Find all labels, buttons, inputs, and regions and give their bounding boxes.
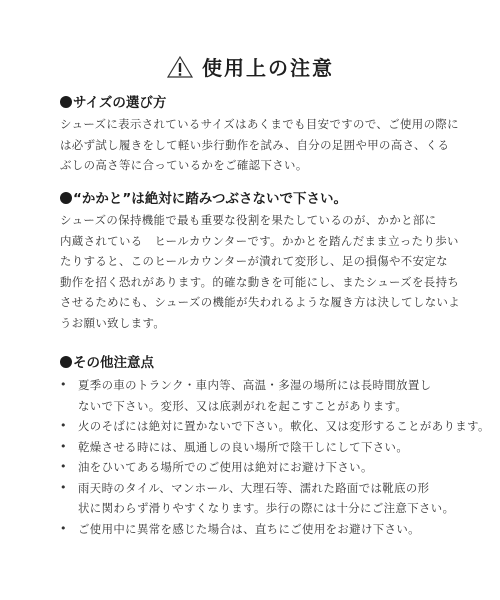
section-other-notes: その他注意点 • 夏季の車のトランク・車内等、高温・多湿の場所には長時間放置し … bbox=[60, 353, 480, 539]
section-heading: サイズの選び方 bbox=[60, 93, 480, 113]
list-item: • ご使用中に異常を感じた場合は、直ちにご使用をお避け下さい。 bbox=[60, 519, 480, 540]
list-item-line: 状に関わらず滑りやすくなります。歩行の際には十分にご注意下さい。 bbox=[78, 498, 480, 519]
paragraph-line: 内蔵されている ヒールカウンターです。かかとを踏んだまま立ったり歩い bbox=[60, 231, 480, 252]
paragraph-line: たりすると、このヒールカウンターが潰れて変形し、足の損傷や不安定な bbox=[60, 251, 480, 272]
section-size-selection: サイズの選び方 シューズに表示されているサイズはあくまでも目安ですので、ご使用の… bbox=[60, 93, 480, 176]
bullet-icon: • bbox=[60, 437, 78, 458]
paragraph-line: は必ず試し履きをして軽い歩行動作を試み、自分の足囲や甲の高さ、くる bbox=[60, 135, 480, 156]
bullet-icon: • bbox=[60, 519, 78, 540]
list-item-line: 火のそばには絶対に置かないで下さい。軟化、又は変形することがあります。 bbox=[78, 416, 490, 437]
bullet-icon: • bbox=[60, 375, 78, 416]
list-item: • 乾燥させる時には、風通しの良い場所で陰干しにして下さい。 bbox=[60, 437, 480, 458]
list-item: • 油をひいてある場所でのご使用は絶対にお避け下さい。 bbox=[60, 457, 480, 478]
bullet-dot-icon bbox=[60, 96, 72, 108]
paragraph-line: シューズの保持機能で最も重要な役割を果たしているのが、かかと部に bbox=[60, 210, 480, 231]
list-item-line: 油をひいてある場所でのご使用は絶対にお避け下さい。 bbox=[78, 457, 480, 478]
list-item-line: 夏季の車のトランク・車内等、高温・多湿の場所には長時間放置し bbox=[78, 375, 480, 396]
page-title: 使用上の注意 bbox=[0, 52, 500, 81]
section-heading: その他注意点 bbox=[60, 353, 480, 373]
list-item-line: 乾燥させる時には、風通しの良い場所で陰干しにして下さい。 bbox=[78, 437, 480, 458]
list-item: • 火のそばには絶対に置かないで下さい。軟化、又は変形することがあります。 bbox=[60, 416, 480, 437]
bullet-icon: • bbox=[60, 416, 78, 437]
paragraph-line: うお願い致します。 bbox=[60, 313, 480, 334]
list-item: • 雨天時のタイル、マンホール、大理石等、濡れた路面では靴底の形 状に関わらず滑… bbox=[60, 478, 480, 519]
section-heading-text: “かかと”は絶対に踏みつぶさないで下さい。 bbox=[73, 191, 347, 207]
section-heading-text: その他注意点 bbox=[73, 355, 154, 371]
section-heading: “かかと”は絶対に踏みつぶさないで下さい。 bbox=[60, 189, 480, 209]
list-item-line: 雨天時のタイル、マンホール、大理石等、濡れた路面では靴底の形 bbox=[78, 478, 480, 499]
bullet-dot-icon bbox=[60, 192, 72, 204]
paragraph-line: 動作を招く恐れがあります。的確な動きを可能にし、またシューズを長持ち bbox=[60, 272, 480, 293]
paragraph-line: シューズに表示されているサイズはあくまでも目安ですので、ご使用の際に bbox=[60, 114, 480, 135]
bullet-icon: • bbox=[60, 457, 78, 478]
paragraph-line: させるためにも、シューズの機能が失われるような履き方は決してしないよ bbox=[60, 292, 480, 313]
list-item-line: ないで下さい。変形、又は底剥がれを起こすことがあります。 bbox=[78, 396, 480, 417]
list-item: • 夏季の車のトランク・車内等、高温・多湿の場所には長時間放置し ないで下さい。… bbox=[60, 375, 480, 416]
title-text: 使用上の注意 bbox=[202, 52, 334, 81]
bullet-dot-icon bbox=[60, 356, 72, 368]
paragraph-line: ぶしの高さ等に合っているかをご確認下さい。 bbox=[60, 155, 480, 176]
section-heading-text: サイズの選び方 bbox=[73, 95, 166, 111]
bullet-icon: • bbox=[60, 478, 78, 519]
warning-triangle-icon bbox=[166, 55, 194, 79]
list-item-line: ご使用中に異常を感じた場合は、直ちにご使用をお避け下さい。 bbox=[78, 519, 480, 540]
section-heel-warning: “かかと”は絶対に踏みつぶさないで下さい。 シューズの保持機能で最も重要な役割を… bbox=[60, 189, 480, 333]
